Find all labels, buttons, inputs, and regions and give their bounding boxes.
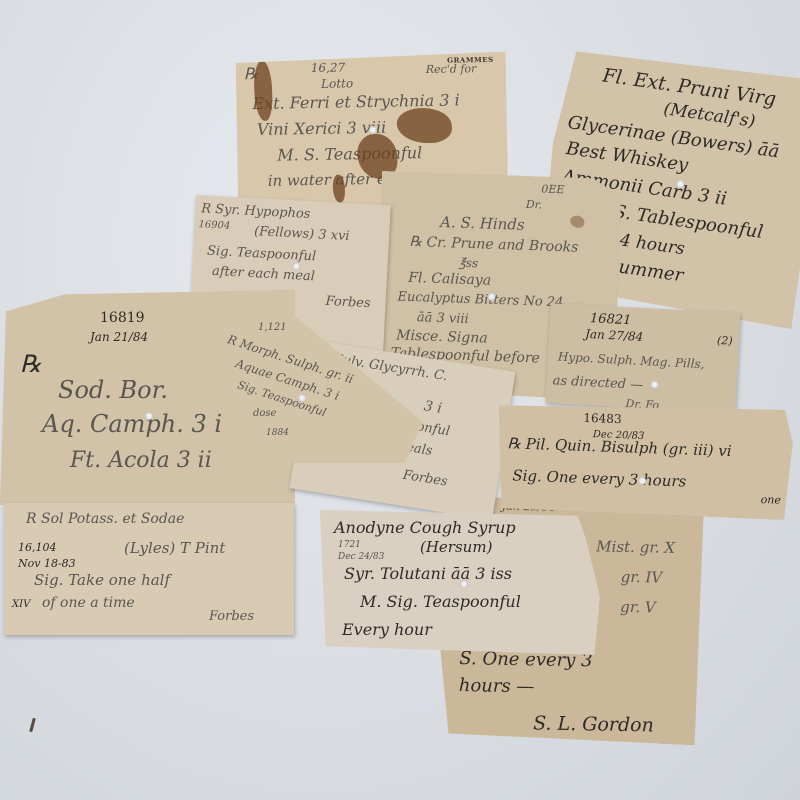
prescription-slip-anodyne-cough: Anodyne Cough Syrup (Hersum) 1721 Dec 24… xyxy=(320,510,600,655)
prescription-slip-16821: 16821 Jan 27/84 (2) Hypo. Sulph. Mag. Pi… xyxy=(546,303,741,413)
stain xyxy=(570,215,584,227)
signature: S. L. Gordon xyxy=(533,712,654,736)
pin-hole xyxy=(650,380,658,388)
signature: Forbes xyxy=(325,294,371,311)
pin-hole xyxy=(298,394,306,402)
pin-hole xyxy=(145,412,153,420)
stain xyxy=(333,174,345,202)
stain xyxy=(397,108,453,144)
signature: Forbes xyxy=(402,468,449,490)
signature: Forbes xyxy=(209,609,254,624)
prescription-slip-sol-potass: R Sol Potass. et Sodae 16,104 Nov 18-83 … xyxy=(4,503,294,635)
prescription-slip-quin-bisulph: 16483 Dec 20/83 ℞ Pil. Quin. Bisulph (gr… xyxy=(495,400,794,520)
pin-hole xyxy=(460,580,468,588)
